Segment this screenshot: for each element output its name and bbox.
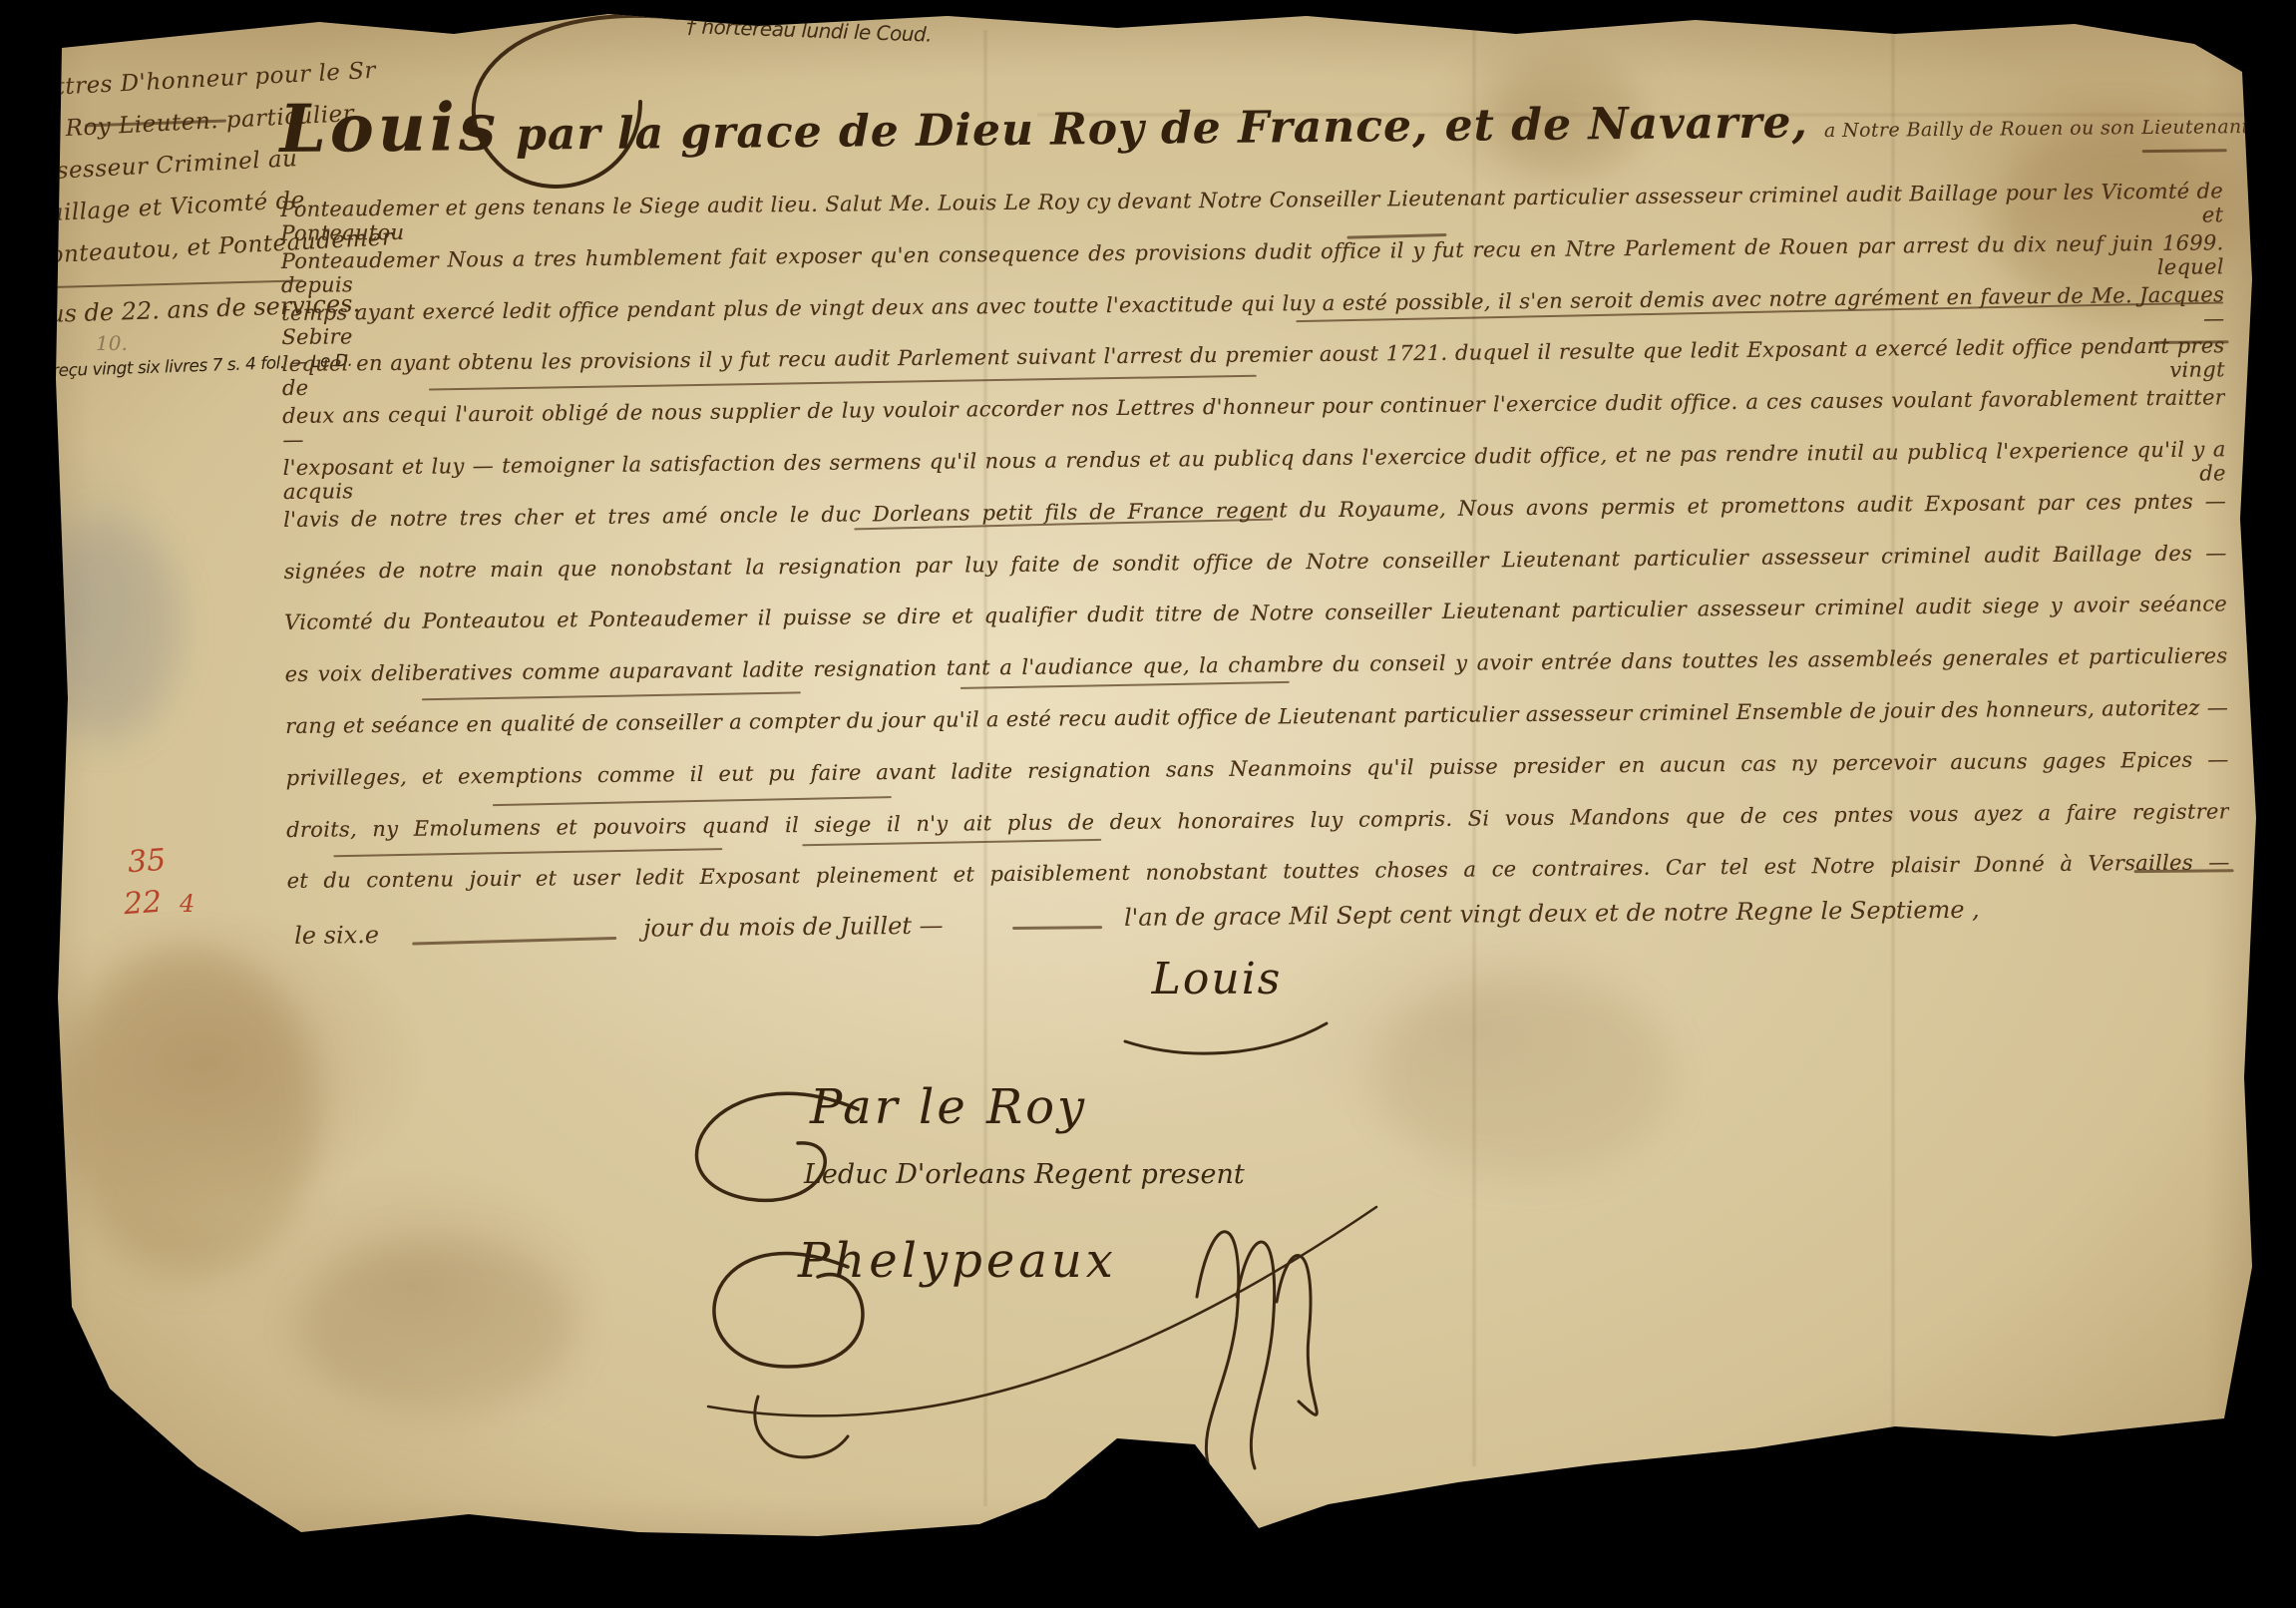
deed-body: Ponteaudemer et gens tenans le Siege aud…: [280, 179, 2230, 921]
king-signature: Louis: [1097, 954, 1337, 1005]
by-the-king-line: Par le Roy: [810, 1079, 1087, 1135]
shelf-mark: 35: [127, 843, 168, 881]
parchment: Lettres D'honneur pour le Sr Le Roy Lieu…: [0, 0, 2296, 1608]
opening-line: Louis par la grace de Dieu Roy de France…: [279, 68, 2296, 168]
shelf-mark: 4: [180, 890, 194, 918]
dateline-day: le six.e: [294, 921, 379, 950]
ink-dash: [2142, 149, 2227, 153]
dateline-month: jour du mois de Juillet —: [643, 912, 944, 943]
parchment-wrapper: Lettres D'honneur pour le Sr Le Roy Lieu…: [0, 0, 2296, 1608]
king-signature-paraph: [1117, 1013, 1337, 1063]
secretary-paraph: [638, 1147, 1396, 1486]
ink-dash: [412, 937, 616, 946]
opening-invocation: par la grace de Dieu Roy de France, et d…: [516, 97, 1808, 160]
photograph-backdrop: Lettres D'honneur pour le Sr Le Roy Lieu…: [0, 0, 2296, 1608]
opening-address: a Notre Bailly de Rouen ou son Lieutenan…: [1824, 113, 2296, 142]
ink-dash: [1012, 926, 1102, 930]
shelf-mark: 22: [123, 885, 164, 923]
secretary-signature: Phelypeaux: [798, 1233, 1117, 1289]
opening-initial: Louis: [279, 88, 500, 168]
